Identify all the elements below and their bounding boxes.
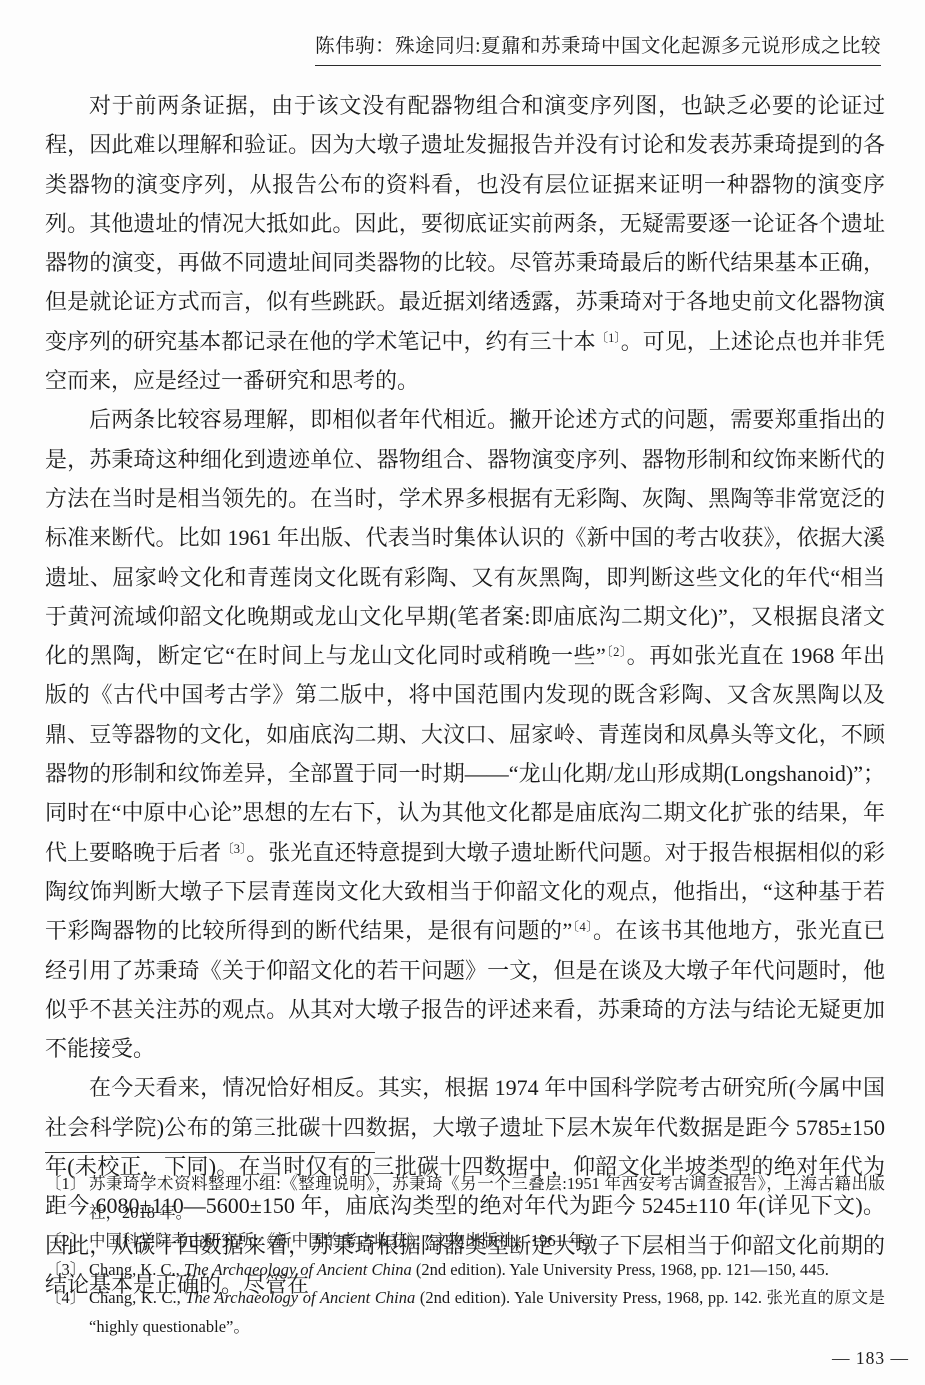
footnote-marker: 〔1〕 xyxy=(45,1170,89,1227)
footnote-ref: 〔1〕 xyxy=(596,331,621,345)
text-run: 后两条比较容易理解，即相似者年代相近。撇开论述方式的问题，需要郑重指出的是，苏秉… xyxy=(45,407,885,668)
footnote-marker: 〔4〕 xyxy=(45,1284,89,1341)
footnote-marker: 〔2〕 xyxy=(45,1227,89,1256)
footnote-item: 〔2〕中国科学院考古研究所:《新中国的考古收获》，文物出版社，1961 年。 xyxy=(45,1227,885,1256)
page-number: — 183 — xyxy=(832,1348,909,1369)
footnote-text: 中国科学院考古研究所:《新中国的考古收获》，文物出版社，1961 年。 xyxy=(89,1227,885,1256)
footnote-item: 〔4〕Chang, K. C., The Archaeology of Anci… xyxy=(45,1284,885,1341)
footnote-marker: 〔3〕 xyxy=(45,1256,89,1285)
running-head-title: 陈伟驹：殊途同归:夏鼐和苏秉琦中国文化起源多元说形成之比较 xyxy=(315,30,881,66)
text-run: 对于前两条证据，由于该文没有配器物组合和演变序列图，也缺乏必要的论证过程，因此难… xyxy=(45,93,885,354)
text-run: (2nd edition). Yale University Press, 19… xyxy=(412,1260,829,1279)
footnote-ref: 〔3〕 xyxy=(221,842,246,856)
paragraph: 对于前两条证据，由于该文没有配器物组合和演变序列图，也缺乏必要的论证过程，因此难… xyxy=(45,86,885,400)
footnote-text: 苏秉琦学术资料整理小组:《整理说明》，苏秉琦《另一个三叠层:1951 年西安考古… xyxy=(89,1170,885,1227)
footnote-item: 〔3〕Chang, K. C., The Archaeology of Anci… xyxy=(45,1256,885,1285)
running-head: 陈伟驹：殊途同归:夏鼐和苏秉琦中国文化起源多元说形成之比较 xyxy=(45,30,881,66)
book-title: The Archaeology of Ancient China xyxy=(185,1288,415,1307)
page: { "colors": { "text": "#1b1b1b", "backgr… xyxy=(0,0,925,1385)
footnote-separator xyxy=(45,1152,375,1153)
footnote-ref: 〔2〕 xyxy=(606,645,627,659)
text-run: 中国科学院考古研究所:《新中国的考古收获》，文物出版社，1961 年。 xyxy=(89,1231,601,1250)
footnote-item: 〔1〕苏秉琦学术资料整理小组:《整理说明》，苏秉琦《另一个三叠层:1951 年西… xyxy=(45,1170,885,1227)
paragraph: 后两条比较容易理解，即相似者年代相近。撇开论述方式的问题，需要郑重指出的是，苏秉… xyxy=(45,400,885,1068)
footnote-ref: 〔4〕 xyxy=(572,920,593,934)
footnotes: 〔1〕苏秉琦学术资料整理小组:《整理说明》，苏秉琦《另一个三叠层:1951 年西… xyxy=(45,1170,885,1341)
text-run: Chang, K. C., xyxy=(89,1260,184,1279)
text-run: 。再如张光直在 1968 年出版的《古代中国考古学》第二版中，将中国范围内发现的… xyxy=(45,643,885,864)
text-run: Chang, K. C., xyxy=(89,1288,185,1307)
text-run: 苏秉琦学术资料整理小组:《整理说明》，苏秉琦《另一个三叠层:1951 年西安考古… xyxy=(89,1174,885,1222)
book-title: The Archaeology of Ancient China xyxy=(184,1260,412,1279)
footnote-text: Chang, K. C., The Archaeology of Ancient… xyxy=(89,1284,885,1341)
article-body: 对于前两条证据，由于该文没有配器物组合和演变序列图，也缺乏必要的论证过程，因此难… xyxy=(45,86,885,1304)
footnote-text: Chang, K. C., The Archaeology of Ancient… xyxy=(89,1256,885,1285)
